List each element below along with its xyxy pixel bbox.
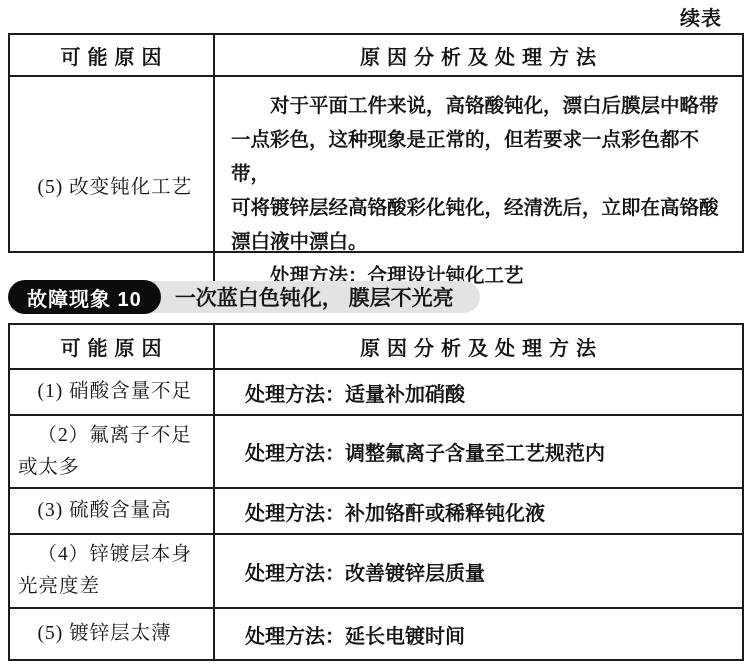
cause-text: （4）锌镀层本身 <box>18 539 205 571</box>
cause-text: (3) 硫酸含量高 <box>18 495 205 527</box>
table-row-4-cause: （4）锌镀层本身 光亮度差 <box>10 535 215 609</box>
cause-text: （2）氟离子不足 <box>18 420 205 452</box>
fault-number-badge: 故障现象 10 <box>8 280 161 314</box>
fault-heading: 故障现象 10 一次蓝白色钝化， 膜层不光亮 <box>8 280 480 314</box>
troubleshooting-table-fault10: 可 能 原 因 原 因 分 析 及 处 理 方 法 (1) 硝酸含量不足 处理方… <box>8 323 744 661</box>
cause-text-line2: 或太多 <box>18 452 205 484</box>
table-row-5-method: 处理方法：延长电镀时间 <box>215 609 742 659</box>
table1-cause-cell: (5) 改变钝化工艺 <box>10 77 215 299</box>
table-row-1-method: 处理方法：适量补加硝酸 <box>215 370 742 416</box>
troubleshooting-table-continued: 可 能 原 因 原 因 分 析 及 处 理 方 法 (5) 改变钝化工艺 对于平… <box>8 33 744 253</box>
table-row-4-method: 处理方法：改善镀锌层质量 <box>215 535 742 609</box>
analysis-line: 可将镀锌层经高铬酸彩化钝化，经清洗后，立即在高铬酸 <box>231 191 730 225</box>
table-row-2-cause: （2）氟离子不足 或太多 <box>10 416 215 489</box>
analysis-line: 漂白液中漂白。 <box>231 225 730 259</box>
continued-table-label: 续表 <box>680 2 722 31</box>
analysis-line: 一点彩色，这种现象是正常的，但若要求一点彩色都不带， <box>231 123 730 191</box>
table1-header-cause: 可 能 原 因 <box>10 35 215 77</box>
cause-text: (5) 改变钝化工艺 <box>18 172 205 204</box>
table-row-3-method: 处理方法：补加铬酐或稀释钝化液 <box>215 489 742 535</box>
cause-text-line2: 光亮度差 <box>18 571 205 603</box>
cause-text: (1) 硝酸含量不足 <box>18 376 205 408</box>
table2-header-analysis: 原 因 分 析 及 处 理 方 法 <box>215 325 742 370</box>
table-row-1-cause: (1) 硝酸含量不足 <box>10 370 215 416</box>
table-row-2-method: 处理方法：调整氟离子含量至工艺规范内 <box>215 416 742 489</box>
table-row-3-cause: (3) 硫酸含量高 <box>10 489 215 535</box>
cause-text: (5) 镀锌层太薄 <box>18 618 205 650</box>
table-row-5-cause: (5) 镀锌层太薄 <box>10 609 215 659</box>
fault-title: 一次蓝白色钝化， 膜层不光亮 <box>143 281 480 313</box>
analysis-line: 对于平面工件来说，高铬酸钝化，漂白后膜层中略带 <box>231 89 730 123</box>
table1-analysis-cell: 对于平面工件来说，高铬酸钝化，漂白后膜层中略带 一点彩色，这种现象是正常的，但若… <box>215 77 742 299</box>
scanned-document-page: 续表 可 能 原 因 原 因 分 析 及 处 理 方 法 (5) 改变钝化工艺 … <box>0 0 754 669</box>
table2-header-cause: 可 能 原 因 <box>10 325 215 370</box>
table1-header-analysis: 原 因 分 析 及 处 理 方 法 <box>215 35 742 77</box>
